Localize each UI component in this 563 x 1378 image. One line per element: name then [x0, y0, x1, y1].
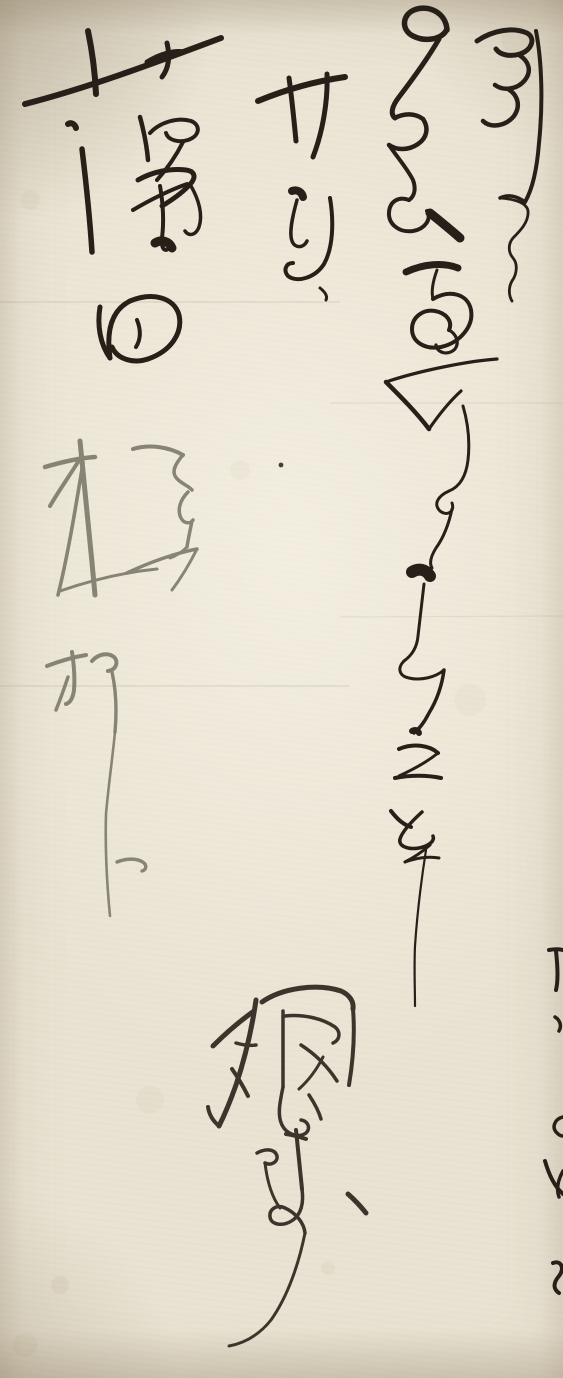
brush-stroke	[313, 74, 327, 157]
brush-stroke	[437, 406, 469, 513]
glyph-signature-po	[229, 1130, 366, 1346]
brush-stroke	[415, 850, 426, 1006]
brush-stroke	[412, 730, 419, 733]
brush-stroke	[431, 509, 452, 568]
brush-stroke	[92, 654, 116, 671]
brush-stroke	[133, 447, 183, 455]
brush-stroke	[483, 89, 518, 125]
brush-stroke	[389, 199, 429, 232]
brush-stroke	[291, 200, 307, 247]
glyph-addressee-sama	[45, 441, 197, 595]
brush-stroke	[140, 117, 148, 160]
calligraphy-layer	[0, 0, 563, 1378]
brush-stroke	[556, 951, 558, 990]
brush-stroke	[299, 1057, 323, 1089]
brush-stroke	[404, 584, 424, 661]
brush-stroke	[406, 265, 458, 272]
brush-stroke	[432, 270, 437, 299]
brush-stroke	[270, 1189, 305, 1233]
glyph-body-char-1	[392, 8, 447, 119]
ink-speck	[279, 463, 284, 468]
brush-stroke	[109, 297, 180, 361]
brush-stroke	[404, 8, 447, 39]
brush-stroke	[257, 1150, 277, 1164]
age-stain	[13, 1333, 37, 1357]
brush-stroke	[389, 145, 415, 200]
glyph-addressee-shita	[106, 732, 146, 916]
brush-stroke	[262, 987, 353, 1009]
brush-stroke	[58, 463, 83, 595]
glyph-body-char-4-sweep	[386, 359, 497, 568]
manuscript-photo: 〔草書本文・判読困難〕 廿九日 薄田様 机下 獨歩 〔断片〕	[0, 0, 563, 1378]
brush-stroke	[150, 120, 198, 142]
brush-stroke	[554, 1117, 563, 1136]
brush-stroke	[187, 521, 192, 547]
brush-stroke	[219, 1000, 256, 1126]
glyph-addressee-usu	[25, 31, 221, 252]
brush-stroke	[412, 570, 430, 576]
age-stain	[454, 684, 486, 716]
glyph-body-char-2	[389, 119, 460, 238]
brush-stroke	[392, 39, 439, 118]
brush-stroke	[279, 1087, 308, 1135]
brush-stroke	[429, 391, 461, 429]
brush-stroke	[174, 455, 192, 490]
brush-stroke	[68, 123, 76, 128]
brush-stroke	[179, 492, 193, 523]
brush-stroke	[395, 776, 441, 778]
brush-stroke	[106, 732, 115, 916]
brush-stroke	[285, 1015, 339, 1043]
glyph-right-column-zigzag	[477, 30, 541, 301]
brush-stroke	[50, 462, 78, 506]
brush-stroke	[258, 77, 345, 101]
glyph-signature-doku	[208, 987, 354, 1135]
brush-stroke	[157, 142, 183, 180]
brush-stroke	[185, 186, 201, 234]
brush-stroke	[412, 294, 471, 348]
brush-stroke	[386, 382, 429, 429]
brush-stroke	[236, 1043, 256, 1045]
brush-stroke	[136, 320, 140, 347]
brush-stroke	[495, 55, 529, 89]
brush-stroke	[320, 288, 327, 300]
brush-stroke	[349, 1009, 354, 1085]
glyph-date-kunichi	[286, 190, 333, 300]
brush-stroke	[389, 119, 426, 149]
age-stain	[20, 190, 40, 210]
brush-stroke	[60, 569, 157, 591]
age-stain	[136, 1086, 164, 1114]
brush-stroke	[117, 859, 146, 871]
brush-stroke	[208, 1107, 219, 1126]
glyph-addressee-ta	[99, 297, 180, 361]
glyph-addressee-ki	[47, 652, 116, 732]
brush-stroke	[399, 753, 438, 776]
glyph-body-char-5	[400, 570, 444, 733]
brush-stroke	[348, 1194, 366, 1213]
brush-stroke	[399, 746, 438, 753]
brush-stroke	[82, 149, 92, 252]
brush-stroke	[395, 114, 423, 119]
brush-stroke	[555, 1017, 560, 1031]
brush-stroke	[47, 655, 86, 666]
brush-stroke	[525, 31, 541, 202]
brush-stroke	[45, 457, 95, 467]
glyph-body-char-7	[391, 811, 439, 862]
glyph-body-char-6	[395, 746, 441, 778]
ink-strokes	[25, 8, 563, 1346]
glyph-body-char-3-loop	[406, 265, 471, 353]
brush-stroke	[292, 190, 303, 197]
brush-stroke	[500, 198, 528, 301]
glyph-date-nijuu	[258, 74, 345, 157]
glyph-body-trailing-stroke	[415, 850, 426, 1006]
brush-stroke	[309, 1095, 321, 1119]
age-stain	[321, 1261, 335, 1275]
glyph-edge-fragments	[545, 949, 563, 1293]
brush-stroke	[400, 661, 444, 679]
brush-stroke	[400, 812, 434, 849]
age-stain	[51, 1276, 69, 1294]
brush-stroke	[430, 213, 460, 238]
ink-specks	[279, 463, 284, 468]
brush-stroke	[229, 1233, 305, 1346]
age-stain	[230, 460, 250, 480]
brush-stroke	[553, 1262, 562, 1293]
brush-stroke	[112, 672, 116, 732]
brush-stroke	[265, 1163, 280, 1208]
crease-line	[340, 616, 563, 617]
brush-stroke	[386, 359, 497, 382]
brush-stroke	[25, 38, 221, 104]
